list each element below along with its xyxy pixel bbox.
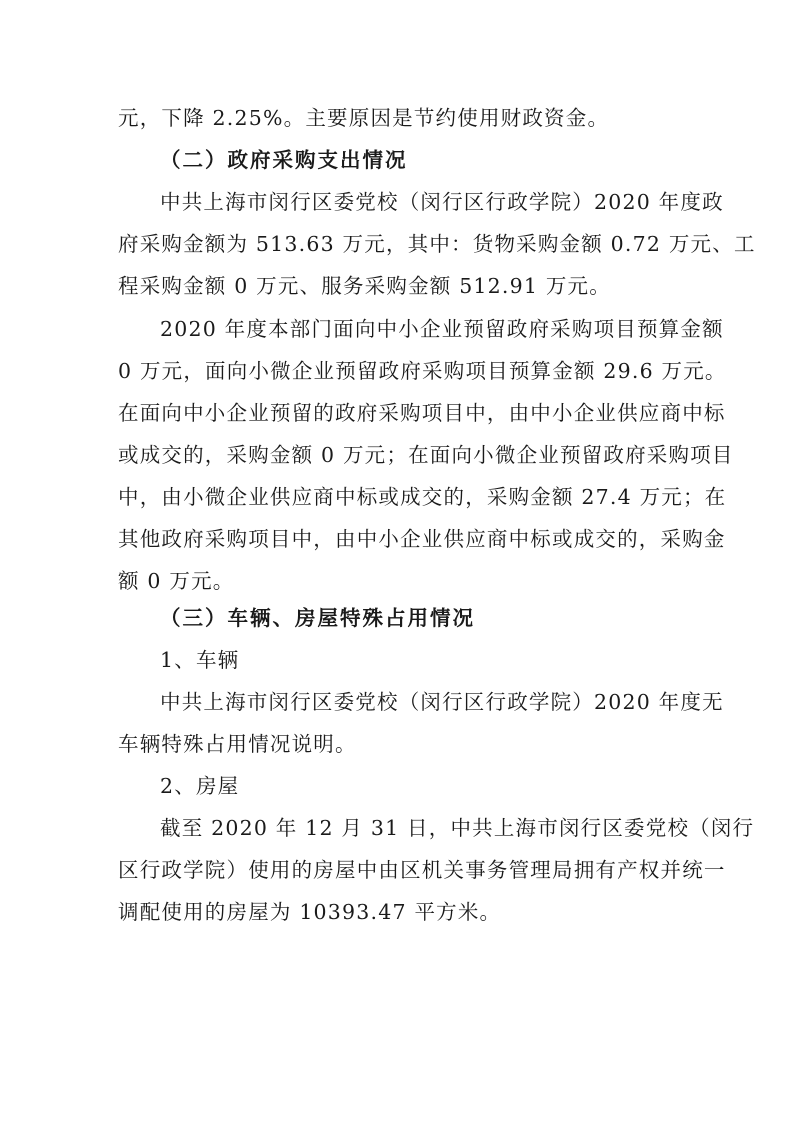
body-line: 中共上海市闵行区委党校（闵行区行政学院）2020 年度无 [160,688,686,716]
body-line: 调配使用的房屋为 10393.47 平方米。 [118,898,686,926]
document-page: 元，下降 2.25%。主要原因是节约使用财政资金。 （二）政府采购支出情况 中共… [0,0,793,1122]
body-line: 0 万元，面向小微企业预留政府采购项目预算金额 29.6 万元。 [118,357,686,385]
body-line: 中共上海市闵行区委党校（闵行区行政学院）2020 年度政 [160,188,686,216]
body-line: 区行政学院）使用的房屋中由区机关事务管理局拥有产权并统一 [118,856,686,884]
body-line: 府采购金额为 513.63 万元，其中：货物采购金额 0.72 万元、工 [118,230,686,258]
body-line: 截至 2020 年 12 月 31 日，中共上海市闵行区委党校（闵行 [160,814,686,842]
body-line: 元，下降 2.25%。主要原因是节约使用财政资金。 [118,104,686,132]
body-line: 2020 年度本部门面向中小企业预留政府采购项目预算金额 [160,315,686,343]
subheading-housing: 2、房屋 [160,772,686,800]
section-heading-vehicles-housing: （三）车辆、房屋特殊占用情况 [160,604,686,632]
body-line: 车辆特殊占用情况说明。 [118,730,686,758]
body-line: 在面向中小企业预留的政府采购项目中，由中小企业供应商中标 [118,399,686,427]
section-heading-government-procurement: （二）政府采购支出情况 [160,146,686,174]
body-line: 程采购金额 0 万元、服务采购金额 512.91 万元。 [118,272,686,300]
body-line: 或成交的，采购金额 0 万元；在面向小微企业预留政府采购项目 [118,441,686,469]
body-line: 其他政府采购项目中，由中小企业供应商中标或成交的，采购金 [118,525,686,553]
subheading-vehicles: 1、车辆 [160,646,686,674]
body-line: 中，由小微企业供应商中标或成交的，采购金额 27.4 万元；在 [118,483,686,511]
body-line: 额 0 万元。 [118,567,686,595]
